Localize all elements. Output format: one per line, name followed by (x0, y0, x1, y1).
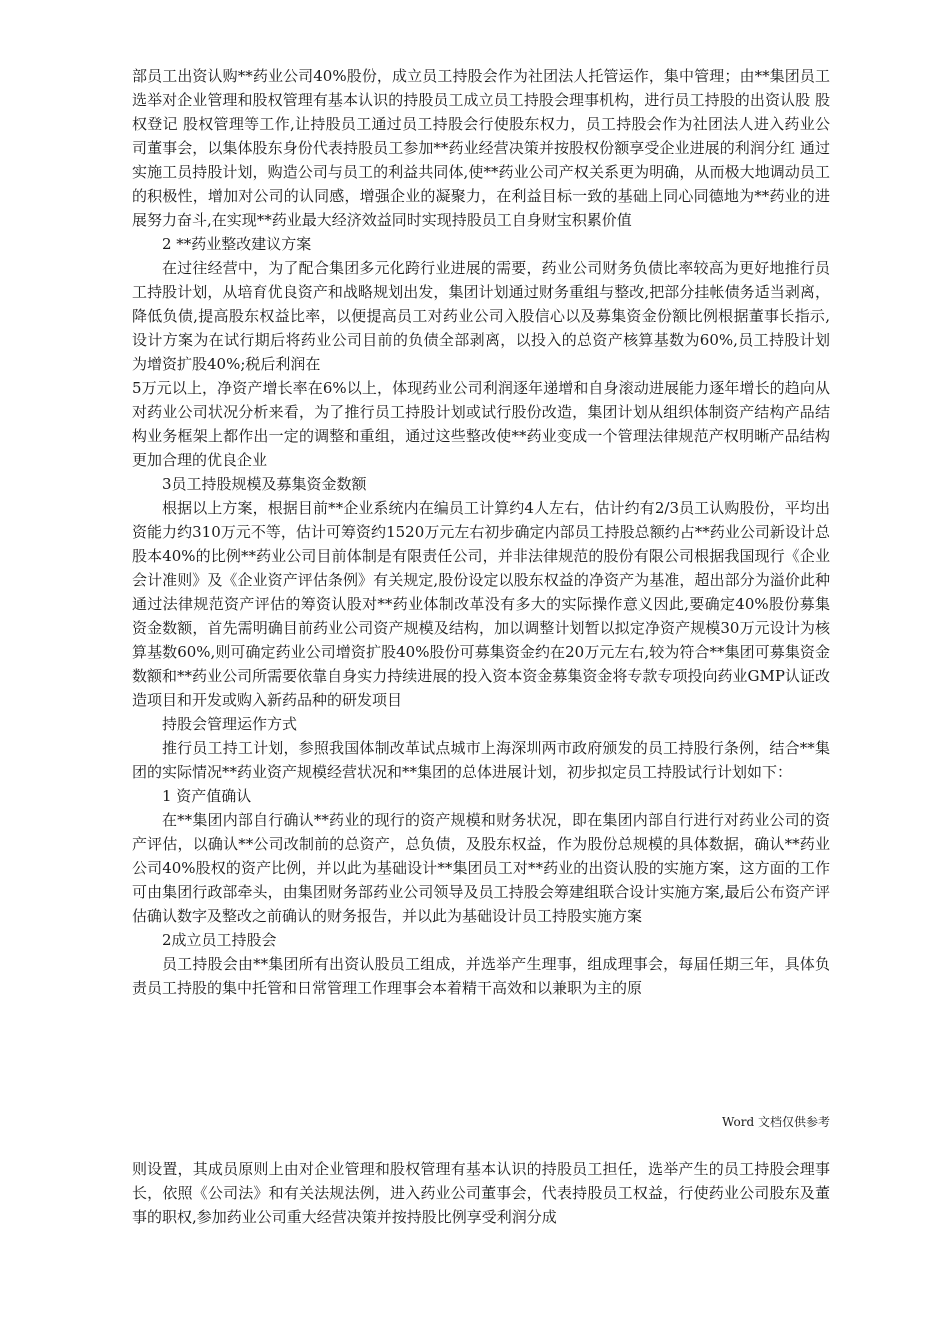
section-heading: 1 资产值确认 (132, 784, 830, 808)
body-paragraph: 根据以上方案，根据目前**企业系统内在编员工计算约4人左右，估计约有2/3员工认… (132, 496, 830, 712)
body-paragraph: 推行员工持工计划，参照我国体制改革试点城市上海深圳两市政府颁发的员工持股行条例，… (132, 736, 830, 784)
document-page: 部员工出资认购**药业公司40%股份，成立员工持股会作为社团法人托管运作，集中管… (132, 64, 830, 1000)
section-heading: 2成立员工持股会 (132, 928, 830, 952)
page-footer: Word 文档仅供参考 (132, 1112, 830, 1132)
body-paragraph: 在过往经营中，为了配合集团多元化跨行业进展的需要，药业公司财务负债比率较高为更好… (132, 256, 830, 376)
body-paragraph: 5万元以上，净资产增长率在6%以上，体现药业公司利润逐年递增和自身滚动进展能力逐… (132, 376, 830, 472)
body-paragraph: 部员工出资认购**药业公司40%股份，成立员工持股会作为社团法人托管运作，集中管… (132, 64, 830, 232)
section-heading: 3员工持股规模及募集资金数额 (132, 472, 830, 496)
next-page-content: 则设置，其成员原则上由对企业管理和股权管理有基本认识的持股员工担任，选举产生的员… (132, 1157, 830, 1229)
section-heading: 2 **药业整改建议方案 (132, 232, 830, 256)
body-paragraph: 在**集团内部自行确认**药业的现行的资产规模和财务状况，即在集团内部自行进行对… (132, 808, 830, 928)
continuation-paragraph: 则设置，其成员原则上由对企业管理和股权管理有基本认识的持股员工担任，选举产生的员… (132, 1157, 830, 1229)
body-paragraph: 员工持股会由**集团所有出资认股员工组成，并选举产生理事，组成理事会，每届任期三… (132, 952, 830, 1000)
section-heading: 持股会管理运作方式 (132, 712, 830, 736)
